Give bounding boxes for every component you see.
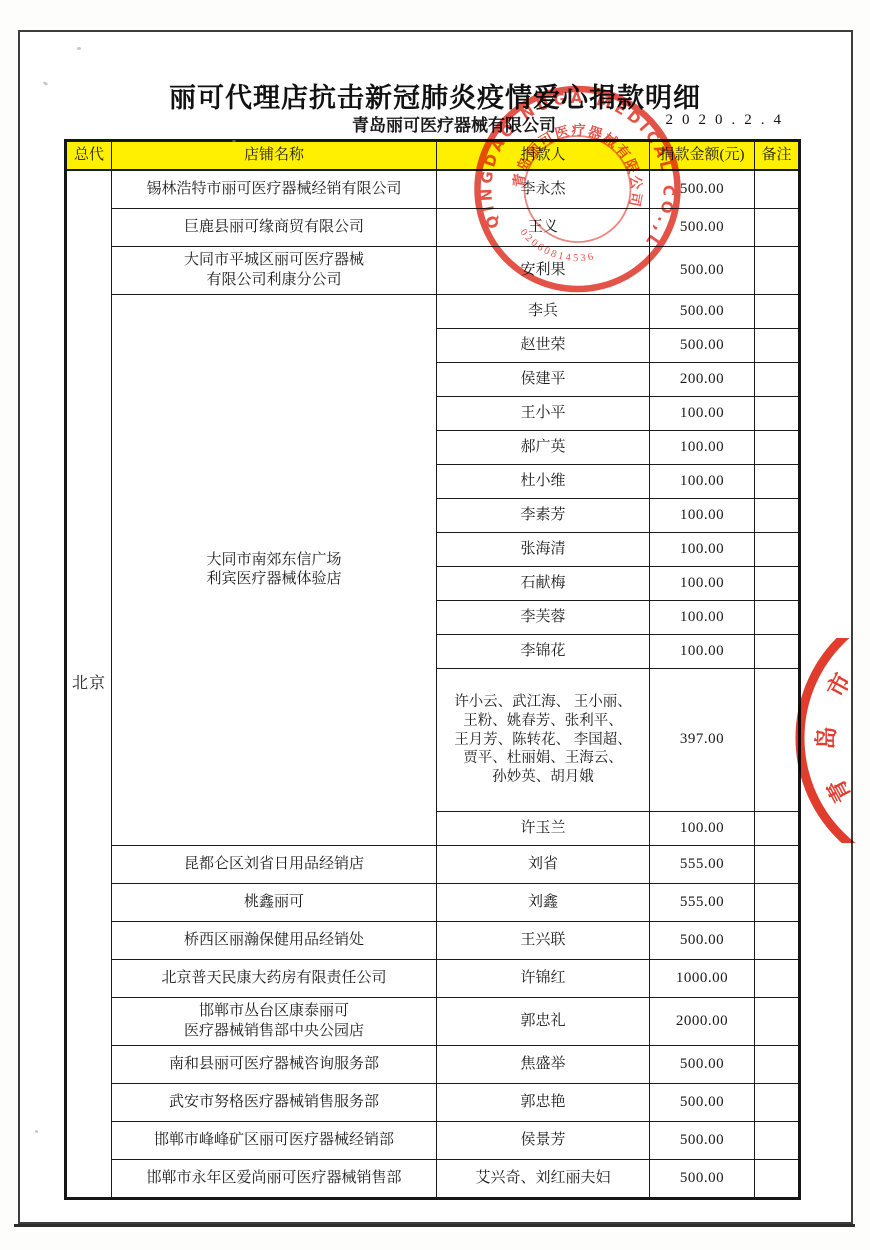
header-donor: 捐款人 <box>437 141 650 171</box>
donor-cell: 焦盛举 <box>437 1046 650 1084</box>
amount-cell: 2000.00 <box>650 998 755 1046</box>
note-cell <box>755 295 800 329</box>
note-cell <box>755 431 800 465</box>
table-row: 大同市平城区丽可医疗器械 有限公司利康分公司安利果500.00 <box>66 247 800 295</box>
document-date: 2020.2.4 <box>600 112 790 129</box>
page-bottom-edge <box>14 1224 855 1227</box>
amount-cell: 555.00 <box>650 884 755 922</box>
note-cell <box>755 1084 800 1122</box>
note-cell <box>755 669 800 812</box>
table-row: 昆都仑区刘省日用品经销店刘省555.00 <box>66 846 800 884</box>
store-cell: 大同市南郊东信广场 利宾医疗器械体验店 <box>112 295 437 846</box>
header-store: 店铺名称 <box>112 141 437 171</box>
page-title: 丽可代理店抗击新冠肺炎疫情爱心捐款明细 <box>18 76 852 115</box>
note-cell <box>755 363 800 397</box>
donor-cell: 郭忠礼 <box>437 998 650 1046</box>
amount-cell: 500.00 <box>650 209 755 247</box>
donor-cell: 郭忠艳 <box>437 1084 650 1122</box>
table-row: 邯郸市峰峰矿区丽可医疗器械经销部侯景芳500.00 <box>66 1122 800 1160</box>
amount-cell: 100.00 <box>650 567 755 601</box>
note-cell <box>755 1046 800 1084</box>
table-row: 桃鑫丽可刘鑫555.00 <box>66 884 800 922</box>
donor-cell: 刘鑫 <box>437 884 650 922</box>
note-cell <box>755 998 800 1046</box>
amount-cell: 100.00 <box>650 499 755 533</box>
store-cell: 武安市努格医疗器械销售服务部 <box>112 1084 437 1122</box>
amount-cell: 500.00 <box>650 247 755 295</box>
donor-cell: 李芙蓉 <box>437 601 650 635</box>
table-row: 巨鹿县丽可缘商贸有限公司王义500.00 <box>66 209 800 247</box>
donor-cell: 许玉兰 <box>437 812 650 846</box>
amount-cell: 555.00 <box>650 846 755 884</box>
amount-cell: 100.00 <box>650 812 755 846</box>
note-cell <box>755 922 800 960</box>
amount-cell: 397.00 <box>650 669 755 812</box>
amount-cell: 100.00 <box>650 431 755 465</box>
table-row: 武安市努格医疗器械销售服务部郭忠艳500.00 <box>66 1084 800 1122</box>
donor-cell: 赵世荣 <box>437 329 650 363</box>
amount-cell: 1000.00 <box>650 960 755 998</box>
note-cell <box>755 960 800 998</box>
amount-cell: 500.00 <box>650 1084 755 1122</box>
header-agent: 总代 <box>66 141 112 171</box>
scan-artifact <box>232 140 236 142</box>
store-cell: 邯郸市丛台区康泰丽可 医疗器械销售部中央公园店 <box>112 998 437 1046</box>
note-cell <box>755 397 800 431</box>
amount-cell: 500.00 <box>650 1122 755 1160</box>
table-row: 邯郸市丛台区康泰丽可 医疗器械销售部中央公园店郭忠礼2000.00 <box>66 998 800 1046</box>
store-cell: 巨鹿县丽可缘商贸有限公司 <box>112 209 437 247</box>
store-cell: 南和县丽可医疗器械咨询服务部 <box>112 1046 437 1084</box>
note-cell <box>755 601 800 635</box>
store-cell: 大同市平城区丽可医疗器械 有限公司利康分公司 <box>112 247 437 295</box>
donor-cell: 许小云、武江海、 王小丽、 王粉、姚春芳、张利平、 王月芳、陈转花、 李国超、 … <box>437 669 650 812</box>
note-cell <box>755 247 800 295</box>
note-cell <box>755 209 800 247</box>
amount-cell: 500.00 <box>650 922 755 960</box>
amount-cell: 100.00 <box>650 533 755 567</box>
scanned-document: { "page": { "title": "丽可代理店抗击新冠肺炎疫情爱心捐款明… <box>0 0 870 1250</box>
table-row: 桥西区丽瀚保健用品经销处王兴联500.00 <box>66 922 800 960</box>
store-cell: 邯郸市永年区爱尚丽可医疗器械销售部 <box>112 1160 437 1199</box>
donor-cell: 李素芳 <box>437 499 650 533</box>
store-cell: 桥西区丽瀚保健用品经销处 <box>112 922 437 960</box>
note-cell <box>755 846 800 884</box>
donor-cell: 王小平 <box>437 397 650 431</box>
store-cell: 邯郸市峰峰矿区丽可医疗器械经销部 <box>112 1122 437 1160</box>
table-row: 邯郸市永年区爱尚丽可医疗器械销售部艾兴奇、刘红丽夫妇500.00 <box>66 1160 800 1199</box>
note-cell <box>755 812 800 846</box>
note-cell <box>755 465 800 499</box>
note-cell <box>755 1160 800 1199</box>
store-cell: 昆都仑区刘省日用品经销店 <box>112 846 437 884</box>
donor-cell: 艾兴奇、刘红丽夫妇 <box>437 1160 650 1199</box>
table-row: 北京锡林浩特市丽可医疗器械经销有限公司李永杰500.00 <box>66 170 800 209</box>
note-cell <box>755 329 800 363</box>
table-row: 南和县丽可医疗器械咨询服务部焦盛举500.00 <box>66 1046 800 1084</box>
donor-cell: 刘省 <box>437 846 650 884</box>
header-note: 备注 <box>755 141 800 171</box>
amount-cell: 100.00 <box>650 397 755 431</box>
donor-cell: 王兴联 <box>437 922 650 960</box>
donor-cell: 安利果 <box>437 247 650 295</box>
note-cell <box>755 884 800 922</box>
donor-cell: 郝广英 <box>437 431 650 465</box>
donor-cell: 石献梅 <box>437 567 650 601</box>
note-cell <box>755 499 800 533</box>
donor-cell: 许锦红 <box>437 960 650 998</box>
amount-cell: 100.00 <box>650 635 755 669</box>
note-cell <box>755 170 800 209</box>
amount-cell: 100.00 <box>650 465 755 499</box>
company-subtitle: 青岛丽可医疗器械有限公司 <box>352 111 556 136</box>
donor-cell: 杜小维 <box>437 465 650 499</box>
table-header-row: 总代 店铺名称 捐款人 捐款金额(元) 备注 <box>66 141 800 171</box>
store-cell: 桃鑫丽可 <box>112 884 437 922</box>
agent-cell: 北京 <box>66 170 112 1199</box>
note-cell <box>755 533 800 567</box>
amount-cell: 500.00 <box>650 329 755 363</box>
amount-cell: 500.00 <box>650 170 755 209</box>
amount-cell: 500.00 <box>650 295 755 329</box>
note-cell <box>755 1122 800 1160</box>
note-cell <box>755 567 800 601</box>
amount-cell: 100.00 <box>650 601 755 635</box>
donor-cell: 侯景芳 <box>437 1122 650 1160</box>
donor-cell: 李兵 <box>437 295 650 329</box>
table-row: 北京普天民康大药房有限责任公司许锦红1000.00 <box>66 960 800 998</box>
header-amount: 捐款金额(元) <box>650 141 755 171</box>
donation-table: 总代 店铺名称 捐款人 捐款金额(元) 备注 北京锡林浩特市丽可医疗器械经销有限… <box>64 139 801 1200</box>
store-cell: 北京普天民康大药房有限责任公司 <box>112 960 437 998</box>
table-row: 大同市南郊东信广场 利宾医疗器械体验店李兵500.00 <box>66 295 800 329</box>
donor-cell: 张海清 <box>437 533 650 567</box>
amount-cell: 500.00 <box>650 1046 755 1084</box>
note-cell <box>755 635 800 669</box>
amount-cell: 200.00 <box>650 363 755 397</box>
donor-cell: 李永杰 <box>437 170 650 209</box>
scan-artifact <box>77 47 81 50</box>
amount-cell: 500.00 <box>650 1160 755 1199</box>
donor-cell: 侯建平 <box>437 363 650 397</box>
scan-artifact <box>35 1130 38 1133</box>
store-cell: 锡林浩特市丽可医疗器械经销有限公司 <box>112 170 437 209</box>
donor-cell: 王义 <box>437 209 650 247</box>
donor-cell: 李锦花 <box>437 635 650 669</box>
